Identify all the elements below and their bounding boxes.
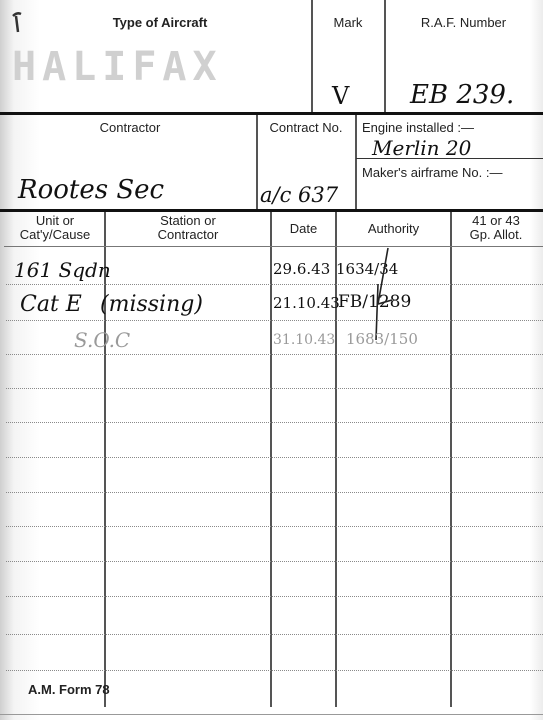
contract-no-label: Contract No. xyxy=(257,121,355,135)
row-rule xyxy=(6,320,543,321)
row-rule xyxy=(6,526,543,527)
aircraft-movement-card: HALIFAX Type of Aircraft Mark R.A.F. Num… xyxy=(0,0,543,720)
divider xyxy=(0,112,543,115)
pencil-mark-icon xyxy=(12,12,22,34)
contract-no-value: a/c 637 xyxy=(260,183,338,207)
column-header-allot: 41 or 43 Gp. Allot. xyxy=(452,214,540,242)
header-divider xyxy=(4,246,543,247)
row-rule xyxy=(6,354,543,355)
form-number: A.M. Form 78 xyxy=(28,683,110,697)
authority-bracket xyxy=(370,244,400,344)
column-header-station: Station or Contractor xyxy=(106,214,270,242)
station-cell: (missing) xyxy=(100,292,203,317)
row-rule xyxy=(6,284,543,285)
date-cell: 21.10.43 xyxy=(273,294,340,312)
column-header-date: Date xyxy=(272,222,335,236)
column-header-unit: Unit or Cat'y/Cause xyxy=(6,214,104,242)
column-divider xyxy=(335,212,337,707)
engine-installed-label: Engine installed :— xyxy=(362,121,474,135)
divider xyxy=(355,115,357,210)
raf-number-label: R.A.F. Number xyxy=(386,16,541,30)
column-divider xyxy=(450,212,452,707)
row-rule xyxy=(6,596,543,597)
type-of-aircraft-label: Type of Aircraft xyxy=(60,16,260,30)
row-rule xyxy=(6,457,543,458)
row-rule xyxy=(6,634,543,635)
row-rule xyxy=(6,422,543,423)
mark-label: Mark xyxy=(312,16,384,30)
makers-airframe-label: Maker's airframe No. :— xyxy=(362,166,502,180)
bottom-edge xyxy=(0,714,543,715)
contractor-label: Contractor xyxy=(40,121,220,135)
raf-number-value: EB 239. xyxy=(410,80,514,110)
divider xyxy=(0,209,543,212)
unit-cell: 161 Sqdn xyxy=(14,258,111,282)
column-divider xyxy=(104,212,106,707)
row-rule xyxy=(6,388,543,389)
column-header-authority: Authority xyxy=(337,222,450,236)
row-rule xyxy=(6,670,543,671)
column-divider xyxy=(270,212,272,707)
unit-cell: S.O.C xyxy=(74,328,130,352)
row-rule xyxy=(6,492,543,493)
date-cell: 31.10.43 xyxy=(273,332,335,348)
divider xyxy=(356,158,543,159)
authority-cell: 1683/150 xyxy=(346,330,418,348)
aircraft-type-stamp: HALIFAX xyxy=(12,44,223,90)
mark-value: V xyxy=(332,82,349,110)
date-cell: 29.6.43 xyxy=(273,260,330,278)
contractor-value: Rootes Sec xyxy=(18,175,164,205)
row-rule xyxy=(6,561,543,562)
engine-value: Merlin 20 xyxy=(372,136,471,160)
unit-cell: Cat E xyxy=(20,292,82,317)
